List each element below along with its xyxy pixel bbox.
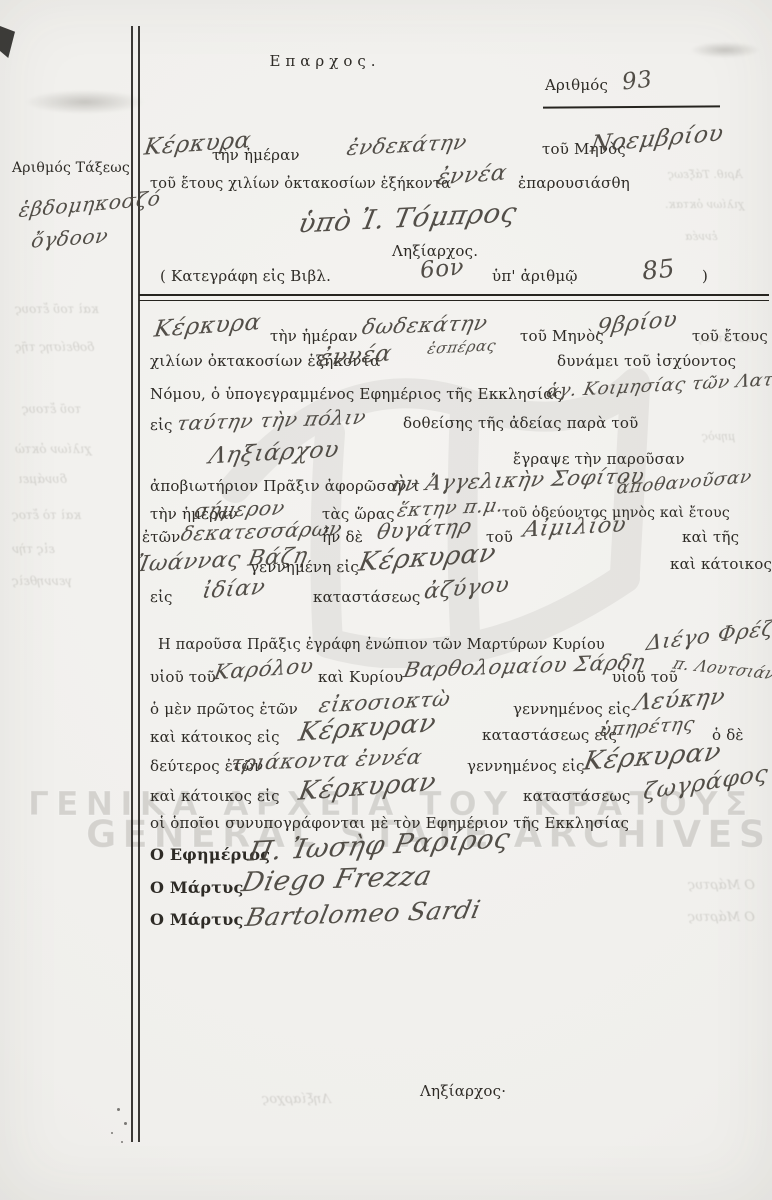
- scanned-document-page: ΓΕΝΙΚΑ ΑΡΧΕΙΑ ΤΟΥ ΚΡΑΤΟΥΣ GENERAL STATE …: [0, 0, 772, 1200]
- bleedthrough-text: Ο Μάρτυς: [688, 910, 755, 925]
- ink-speck: [124, 1122, 127, 1125]
- book-entry-close-paren: ): [702, 267, 708, 285]
- first-witness-birthplace-handwritten: Λεύκην: [632, 684, 727, 716]
- act-in-label: εἰς: [150, 416, 173, 434]
- registrar-signature-handwritten: ὑπὸ Ἰ. Τόμπρος: [296, 197, 520, 239]
- scan-corner-mark: [0, 26, 15, 58]
- act-place-handwritten: Κέρκυρα: [152, 309, 262, 342]
- condition-label: καταστάσεως: [313, 588, 420, 606]
- and-mister-label: καὶ Κυρίου: [318, 668, 403, 686]
- resid-in-label: εἰς: [150, 588, 173, 606]
- second-witness-condition-label: καταστάσεως: [523, 787, 630, 805]
- first-witness-born-label: γεννημένος εἰς: [513, 700, 631, 718]
- bleedthrough-text: χιλίων ὀκτὼ: [15, 442, 92, 456]
- order-number-handwritten-line1: ἑβδομηκοσζό: [17, 186, 162, 222]
- and-of-label: καὶ τῆς: [682, 528, 739, 546]
- section-divider-rule: [139, 294, 769, 301]
- residence-handwritten: ἰδίαν: [200, 575, 267, 604]
- age-label: ἐτῶν: [142, 528, 181, 546]
- witness2-signature-label: Ο Μάρτυς: [150, 910, 243, 929]
- order-number-label: Αριθμός Τάξεως: [12, 160, 128, 176]
- bleedthrough-text: δοθείσης τῆς: [15, 340, 94, 354]
- act-day-label: τὴν ἡμέραν: [270, 327, 358, 345]
- bleedthrough-text: γεννηθεὶς: [12, 574, 72, 588]
- footer-registrar-title: Ληξίαρχος·: [420, 1082, 506, 1100]
- arithmos-value-handwritten: 93: [621, 66, 654, 95]
- ink-smudge: [25, 90, 145, 114]
- bleedthrough-text: δυνάμει: [18, 472, 67, 486]
- bleedthrough-text: καὶ τὸ ἔτος: [12, 508, 81, 522]
- act-day-insert-handwritten: ἑσπέρας: [426, 336, 498, 358]
- witness2-father-handwritten: π. Λουτσιάνου: [671, 654, 772, 686]
- ink-smudge: [690, 42, 760, 58]
- second-witness-born-label: γεννημένος εἰς: [467, 757, 585, 775]
- witness1-signature-label: Ο Μάρτυς: [150, 878, 243, 897]
- act-month-handwritten: 9βρίου: [595, 307, 679, 340]
- act-month-label: τοῦ Μηνὸς: [520, 327, 604, 345]
- bleedthrough-text: Ἀριθ. Τάξεως: [668, 168, 742, 181]
- first-witness-condition-label: καταστάσεως εἰς: [482, 726, 617, 744]
- act-day-handwritten: δωδεκάτην: [360, 311, 490, 339]
- son-of-label-2: υἱοῦ τοῦ: [612, 668, 678, 686]
- registration-year-handwritten: ἐννέα: [435, 161, 509, 191]
- presented-label: ἐπαρουσιάσθη: [518, 174, 630, 192]
- registration-year-label: τοῦ ἔτους χιλίων ὀκτακοσίων ἑξήκοντα: [150, 176, 451, 192]
- registration-day-label: τὴν ἡμέραν: [212, 146, 300, 164]
- permission-phrase: δοθείσης τῆς ἀδείας παρὰ τοῦ: [403, 414, 638, 432]
- eparchos-title: Επαρχος.: [180, 52, 470, 70]
- ink-speck: [111, 1132, 113, 1134]
- bleedthrough-text: χιλίων ὀκτακ.: [665, 198, 744, 211]
- first-witness-age-label: ὁ μὲν πρῶτος ἐτῶν: [150, 700, 298, 718]
- entry-number-label: ὑπ' ἀριθμῷ: [492, 267, 578, 285]
- ink-speck: [121, 1141, 123, 1143]
- arithmos-underline: [543, 105, 720, 109]
- son-of-label-1: υἱοῦ τοῦ: [150, 668, 216, 686]
- bleedthrough-text: καὶ ἔτους: [698, 332, 752, 345]
- bleedthrough-text: ἐννέα: [685, 230, 718, 243]
- act-law-phrase: δυνάμει τοῦ ἰσχύοντος: [557, 352, 736, 370]
- first-witness-resident-label: καὶ κάτοικος εἰς: [150, 728, 280, 746]
- arithmos-label: Αριθμός: [545, 76, 608, 94]
- act-priest-phrase: Νόμου, ὁ ὑπογεγραμμένος Εφημέριος τῆς Εκ…: [150, 385, 562, 403]
- order-number-handwritten-line2: ὄγδοον: [30, 223, 110, 252]
- witnesses-intro-phrase: Η παροῦσα Πρᾶξις ἐγράφη ἐνώπιον τῶν Μαρτ…: [158, 637, 605, 653]
- bleedthrough-text: καὶ τοῦ ἔτους: [15, 302, 99, 316]
- bleedthrough-text: μηνὸς: [702, 430, 735, 443]
- registration-day-handwritten: ἐνδεκάτην: [345, 130, 469, 160]
- bleedthrough-text: εἰς τὴν: [12, 542, 55, 556]
- death-act-phrase: ἀποβιωτήριον Πρᾶξιν ἀφορῶσαν τ: [150, 477, 420, 495]
- was-label: ἦν δὲ: [322, 528, 363, 546]
- bleedthrough-text: τοῦ ἔτους: [22, 402, 81, 416]
- registration-month-handwritten: Νοεμβρίου: [589, 120, 726, 157]
- entry-number-handwritten: 85: [641, 253, 677, 285]
- witness2-signature-handwritten: Bartolomeo Sardi: [243, 895, 484, 932]
- act-year-handwritten: ἐννέα: [317, 341, 394, 372]
- bleedthrough-text: Ο Μάρτυς: [688, 878, 755, 893]
- second-witness-resident-label: καὶ κάτοικος εἰς: [150, 787, 280, 805]
- book-number-handwritten: 6ον: [419, 254, 465, 284]
- bleedthrough-text: Ληξίαρχος: [262, 1092, 331, 1107]
- resident-label: καὶ κάτοικος: [670, 555, 772, 573]
- ink-speck: [117, 1108, 120, 1111]
- witness1-signature-handwritten: Diego Frezza: [239, 861, 435, 899]
- born-in-label: γεννημένη εἰς: [250, 558, 359, 576]
- book-entry-label: ( Κατεγράφη εἰς Βιβλ.: [160, 267, 331, 285]
